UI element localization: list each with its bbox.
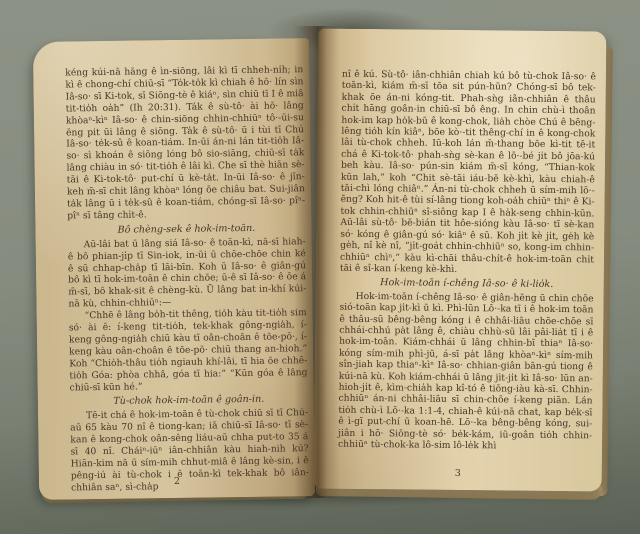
left-quote-paragraph: “Chhē ê lâng bo̍h-tit thêng, tio̍h kàu t… [69, 307, 308, 394]
right-page-text: nî ê kú. Sù-tô· iân-chhiân chiah kú bô t… [338, 69, 596, 453]
open-book-photo: kéng kúi-nā hāng ê ìn-siōng, lâi kì tī c… [0, 0, 640, 534]
right-section-heading-1: Hok-im-toān í-chêng Iâ-so· ê ki-lio̍k. [340, 277, 594, 291]
left-body-continuation: kéng kúi-nā hāng ê ìn-siōng, lâi kì tī c… [65, 64, 305, 222]
right-paragraph-1: Hok-im-toān í-chêng Iâ-so· ê giân-hēng ū… [338, 290, 594, 452]
left-page-text: kéng kúi-nā hāng ê ìn-siōng, lâi kì tī c… [65, 64, 309, 494]
book-page-left: kéng kúi-nā hāng ê ìn-siōng, lâi kì tī c… [33, 38, 315, 500]
book-page-right: nî ê kú. Sù-tô· iân-chhiân chiah kú bô t… [314, 29, 607, 492]
right-page-number: 3 [314, 466, 602, 480]
left-section-heading-1: Bô chèng-sek ê hok-im-toān. [67, 222, 305, 237]
left-section-heading-2: Tù-chok hok-im-toān ê goân-in. [70, 394, 308, 409]
right-body-continuation: nî ê kú. Sù-tô· iân-chhiân chiah kú bô t… [340, 69, 596, 277]
left-paragraph-1: Aū-lâi bat ū lâng siá Iâ-so· ê toān-kì, … [68, 236, 307, 311]
